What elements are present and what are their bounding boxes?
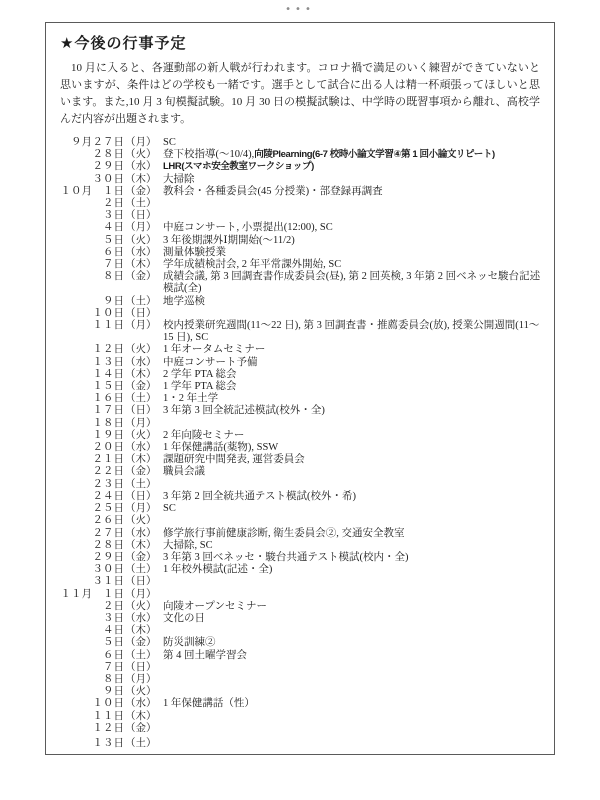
schedule-row: １０日 （水） 1 年保健講話（性） bbox=[60, 698, 542, 710]
day-label: ２０日 bbox=[92, 442, 124, 454]
schedule-row: ３日 （水） 文化の日 bbox=[60, 613, 542, 625]
day-label: ２２日 bbox=[92, 466, 124, 478]
schedule-row: ６日 （水） 測量体験授業 bbox=[60, 247, 542, 259]
event-text: 2 学年 PTA 総会 bbox=[158, 369, 542, 381]
day-label: ５日 bbox=[92, 235, 124, 247]
day-label: １１日 bbox=[92, 320, 124, 332]
day-label: １３日 bbox=[92, 357, 124, 369]
weekday-label: （日） bbox=[125, 405, 158, 417]
day-label: １３日 bbox=[92, 738, 124, 750]
day-label: ７日 bbox=[92, 259, 124, 271]
event-text: 職員会議 bbox=[158, 466, 542, 478]
day-label: ８日 bbox=[92, 271, 124, 283]
panel-title: ★今後の行事予定 bbox=[60, 32, 542, 53]
schedule-row: ３日 （日） bbox=[60, 210, 542, 222]
schedule-row: １８日 （月） bbox=[60, 418, 542, 430]
schedule-row: ２８日 （木） 大掃除, SC bbox=[60, 540, 542, 552]
weekday-label: （水） bbox=[125, 161, 158, 173]
weekday-label: （水） bbox=[125, 613, 158, 625]
weekday-label: （木） bbox=[125, 369, 158, 381]
schedule-row: ２４日 （日） 3 年第 2 回全統共通テスト模試(校外・希) bbox=[60, 491, 542, 503]
day-label: ８日 bbox=[92, 674, 124, 686]
event-text: 成績会議, 第 3 回調査書作成委員会(昼), 第 2 回英検, 3 年第 2 … bbox=[158, 271, 542, 295]
event-text: 校内授業研究週間(11～22 日), 第 3 回調査書・推薦委員会(放), 授業… bbox=[158, 320, 542, 344]
day-label: ３日 bbox=[92, 613, 124, 625]
day-label: ３日 bbox=[92, 210, 124, 222]
schedule-row: １２日 （火） 1 年オータムセミナー bbox=[60, 344, 542, 356]
intro-paragraph: 10 月に入ると、各運動部の新人戦が行われます。コロナ禍で満足のいく練習ができて… bbox=[60, 60, 540, 128]
weekday-label: （金） bbox=[125, 271, 158, 283]
event-text: 1 年保健講話(薬物), SSW bbox=[158, 442, 542, 454]
weekday-label: （月） bbox=[125, 674, 158, 686]
schedule-row: ２８日 （火） 登下校指導(～10/4),向陵Plearning(6-7 校時小… bbox=[60, 149, 542, 161]
day-label: １日 bbox=[92, 186, 124, 198]
event-text: 教科会・各種委員会(45 分授業)・部登録再調査 bbox=[158, 186, 542, 198]
schedule-row: ３１日 （日） bbox=[60, 576, 542, 588]
weekday-label: （月） bbox=[125, 320, 158, 332]
day-label: ４日 bbox=[92, 222, 124, 234]
day-label: １９日 bbox=[92, 430, 124, 442]
event-text: 2 年向陵セミナー bbox=[158, 430, 542, 442]
weekday-label: （金） bbox=[125, 466, 158, 478]
schedule-row: １０月 １日 （金） 教科会・各種委員会(45 分授業)・部登録再調査 bbox=[60, 186, 542, 198]
weekday-label: （金） bbox=[125, 723, 158, 735]
event-text: LHR(スマホ安全教室ワークショップ) bbox=[158, 161, 542, 173]
schedule-row: １６日 （土） 1・2 年土学 bbox=[60, 393, 542, 405]
day-label: ２９日 bbox=[92, 161, 124, 173]
weekday-label: （火） bbox=[125, 601, 158, 613]
event-text: 測量体験授業 bbox=[158, 247, 542, 259]
schedule-row: ２９日 （水） LHR(スマホ安全教室ワークショップ) bbox=[60, 161, 542, 173]
day-label: １２日 bbox=[92, 344, 124, 356]
weekday-label: （土） bbox=[125, 650, 158, 662]
weekday-label: （水） bbox=[125, 528, 158, 540]
event-text: 1 年校外模試(記述・全) bbox=[158, 564, 542, 576]
event-text: 登下校指導(～10/4),向陵Plearning(6-7 校時小論文学習④第 1… bbox=[158, 149, 542, 161]
weekday-label: （木） bbox=[125, 259, 158, 271]
day-label: １日 bbox=[92, 589, 124, 601]
weekday-label: （火） bbox=[125, 515, 158, 527]
weekday-label: （月） bbox=[125, 589, 158, 601]
weekday-label: （日） bbox=[125, 662, 158, 674]
day-label: ２６日 bbox=[92, 515, 124, 527]
weekday-label: （日） bbox=[125, 308, 158, 320]
schedule-row: ５日 （金） 防災訓練② bbox=[60, 637, 542, 649]
event-text: 修学旅行事前健康診断, 衛生委員会②, 交通安全教室 bbox=[158, 528, 542, 540]
day-label: ３１日 bbox=[92, 576, 124, 588]
schedule-row: ８日 （金） 成績会議, 第 3 回調査書作成委員会(昼), 第 2 回英検, … bbox=[60, 271, 542, 295]
weekday-label: （火） bbox=[125, 430, 158, 442]
weekday-label: （土） bbox=[125, 296, 158, 308]
weekday-label: （火） bbox=[125, 235, 158, 247]
weekday-label: （木） bbox=[125, 625, 158, 637]
event-text: 地学巡検 bbox=[158, 296, 542, 308]
weekday-label: （月） bbox=[125, 137, 158, 149]
schedule-row: ２９日 （金） 3 年第 3 回ベネッセ・駿台共通テスト模試(校内・全) bbox=[60, 552, 542, 564]
event-text: 中庭コンサート, 小票提出(12:00), SC bbox=[158, 222, 542, 234]
event-text: 第 4 回土曜学習会 bbox=[158, 650, 542, 662]
schedule-list: ９月 ２７日 （月） SC ２８日 （火） 登下校指導(～10/4),向陵Ple… bbox=[60, 137, 542, 750]
schedule-row: ６日 （土） 第 4 回土曜学習会 bbox=[60, 650, 542, 662]
weekday-label: （火） bbox=[125, 344, 158, 356]
event-text: 3 年第 2 回全統共通テスト模試(校外・希) bbox=[158, 491, 542, 503]
day-label: ５日 bbox=[92, 637, 124, 649]
weekday-label: （金） bbox=[125, 186, 158, 198]
weekday-label: （水） bbox=[125, 357, 158, 369]
schedule-row: １１日 （月） 校内授業研究週間(11～22 日), 第 3 回調査書・推薦委員… bbox=[60, 320, 542, 344]
event-text: 大掃除 bbox=[158, 174, 542, 186]
day-label: １２日 bbox=[92, 723, 124, 735]
schedule-row: １１日 （木） bbox=[60, 711, 542, 723]
schedule-row: ９日 （火） bbox=[60, 686, 542, 698]
day-label: １８日 bbox=[92, 418, 124, 430]
event-text: 向陵オープンセミナー bbox=[158, 601, 542, 613]
event-text: 課題研究中間発表, 運営委員会 bbox=[158, 454, 542, 466]
schedule-row: ２５日 （月） SC bbox=[60, 503, 542, 515]
day-label: ２日 bbox=[92, 198, 124, 210]
event-text: 1 年保健講話（性） bbox=[158, 698, 542, 710]
schedule-row: ２０日 （水） 1 年保健講話(薬物), SSW bbox=[60, 442, 542, 454]
event-text: 1・2 年土学 bbox=[158, 393, 542, 405]
weekday-label: （木） bbox=[125, 454, 158, 466]
event-text: 学年成績検討会, 2 年平常課外開始, SC bbox=[158, 259, 542, 271]
weekday-label: （火） bbox=[125, 149, 158, 161]
weekday-label: （土） bbox=[125, 738, 158, 750]
day-label: ３０日 bbox=[92, 174, 124, 186]
weekday-label: （月） bbox=[125, 418, 158, 430]
weekday-label: （水） bbox=[125, 698, 158, 710]
day-label: １６日 bbox=[92, 393, 124, 405]
schedule-row: ４日 （木） bbox=[60, 625, 542, 637]
weekday-label: （金） bbox=[125, 381, 158, 393]
schedule-row: ２３日 （土） bbox=[60, 479, 542, 491]
weekday-label: （金） bbox=[125, 552, 158, 564]
schedule-row: ７日 （日） bbox=[60, 662, 542, 674]
weekday-label: （日） bbox=[125, 491, 158, 503]
day-label: ２日 bbox=[92, 601, 124, 613]
weekday-label: （月） bbox=[125, 503, 158, 515]
day-label: １０日 bbox=[92, 698, 124, 710]
event-text: 防災訓練② bbox=[158, 637, 542, 649]
weekday-label: （土） bbox=[125, 479, 158, 491]
event-text: 文化の日 bbox=[158, 613, 542, 625]
schedule-row: ５日 （火） 3 年後期課外Ⅰ期開始(～11/2) bbox=[60, 235, 542, 247]
day-label: ９日 bbox=[92, 296, 124, 308]
event-text: 3 年後期課外Ⅰ期開始(～11/2) bbox=[158, 235, 542, 247]
day-label: １５日 bbox=[92, 381, 124, 393]
schedule-panel: ★今後の行事予定 10 月に入ると、各運動部の新人戦が行われます。コロナ禍で満足… bbox=[45, 22, 555, 755]
day-label: １０日 bbox=[92, 308, 124, 320]
event-text-bold: 向陵Plearning(6-7 校時小論文学習④第 1 回小論文リピート) bbox=[254, 149, 494, 160]
page-separator-dots: ••• bbox=[0, 0, 600, 22]
day-label: ２９日 bbox=[92, 552, 124, 564]
event-text: SC bbox=[158, 503, 542, 515]
schedule-row: １３日 （水） 中庭コンサート予備 bbox=[60, 357, 542, 369]
weekday-label: （土） bbox=[125, 198, 158, 210]
schedule-row: １９日 （火） 2 年向陵セミナー bbox=[60, 430, 542, 442]
event-text: 1 年オータムセミナー bbox=[158, 344, 542, 356]
event-text: 中庭コンサート予備 bbox=[158, 357, 542, 369]
schedule-row: １３日 （土） bbox=[60, 738, 542, 750]
schedule-row: １１月 １日 （月） bbox=[60, 589, 542, 601]
schedule-row: ３０日 （土） 1 年校外模試(記述・全) bbox=[60, 564, 542, 576]
weekday-label: （土） bbox=[125, 564, 158, 576]
event-text: 1 学年 PTA 総会 bbox=[158, 381, 542, 393]
weekday-label: （日） bbox=[125, 576, 158, 588]
month-label: ９月 bbox=[60, 137, 92, 149]
event-text: SC bbox=[158, 137, 542, 149]
day-label: ２４日 bbox=[92, 491, 124, 503]
schedule-row: １５日 （金） 1 学年 PTA 総会 bbox=[60, 381, 542, 393]
schedule-row: ９月 ２７日 （月） SC bbox=[60, 137, 542, 149]
day-label: ６日 bbox=[92, 247, 124, 259]
weekday-label: （土） bbox=[125, 393, 158, 405]
day-label: ３０日 bbox=[92, 564, 124, 576]
schedule-row: １４日 （木） 2 学年 PTA 総会 bbox=[60, 369, 542, 381]
day-label: ９日 bbox=[92, 686, 124, 698]
weekday-label: （月） bbox=[125, 222, 158, 234]
day-label: １４日 bbox=[92, 369, 124, 381]
day-label: ４日 bbox=[92, 625, 124, 637]
schedule-row: ９日 （土） 地学巡検 bbox=[60, 296, 542, 308]
day-label: ２１日 bbox=[92, 454, 124, 466]
event-text: 3 年第 3 回全統記述模試(校外・全) bbox=[158, 405, 542, 417]
weekday-label: （木） bbox=[125, 540, 158, 552]
day-label: ２７日 bbox=[92, 137, 124, 149]
day-label: ６日 bbox=[92, 650, 124, 662]
weekday-label: （水） bbox=[125, 247, 158, 259]
schedule-row: １７日 （日） 3 年第 3 回全統記述模試(校外・全) bbox=[60, 405, 542, 417]
event-text: 大掃除, SC bbox=[158, 540, 542, 552]
day-label: ２７日 bbox=[92, 528, 124, 540]
schedule-row: ４日 （月） 中庭コンサート, 小票提出(12:00), SC bbox=[60, 222, 542, 234]
day-label: ７日 bbox=[92, 662, 124, 674]
schedule-row: １２日 （金） bbox=[60, 723, 542, 735]
event-text: 3 年第 3 回ベネッセ・駿台共通テスト模試(校内・全) bbox=[158, 552, 542, 564]
weekday-label: （木） bbox=[125, 174, 158, 186]
day-label: ２８日 bbox=[92, 540, 124, 552]
schedule-row: ８日 （月） bbox=[60, 674, 542, 686]
schedule-row: １０日 （日） bbox=[60, 308, 542, 320]
day-label: ２５日 bbox=[92, 503, 124, 515]
month-label: １０月 bbox=[60, 186, 92, 198]
weekday-label: （木） bbox=[125, 711, 158, 723]
schedule-row: ２６日 （火） bbox=[60, 515, 542, 527]
weekday-label: （火） bbox=[125, 686, 158, 698]
schedule-row: ２２日 （金） 職員会議 bbox=[60, 466, 542, 478]
schedule-row: ７日 （木） 学年成績検討会, 2 年平常課外開始, SC bbox=[60, 259, 542, 271]
weekday-label: （日） bbox=[125, 210, 158, 222]
day-label: ２３日 bbox=[92, 479, 124, 491]
day-label: １１日 bbox=[92, 711, 124, 723]
schedule-row: ２日 （火） 向陵オープンセミナー bbox=[60, 601, 542, 613]
day-label: ２８日 bbox=[92, 149, 124, 161]
weekday-label: （金） bbox=[125, 637, 158, 649]
schedule-row: ３０日 （木） 大掃除 bbox=[60, 174, 542, 186]
event-text-bold: LHR(スマホ安全教室ワークショップ) bbox=[163, 161, 314, 172]
schedule-row: ２日 （土） bbox=[60, 198, 542, 210]
weekday-label: （水） bbox=[125, 442, 158, 454]
schedule-row: ２１日 （木） 課題研究中間発表, 運営委員会 bbox=[60, 454, 542, 466]
month-label: １１月 bbox=[60, 589, 92, 601]
schedule-row: ２７日 （水） 修学旅行事前健康診断, 衛生委員会②, 交通安全教室 bbox=[60, 528, 542, 540]
day-label: １７日 bbox=[92, 405, 124, 417]
